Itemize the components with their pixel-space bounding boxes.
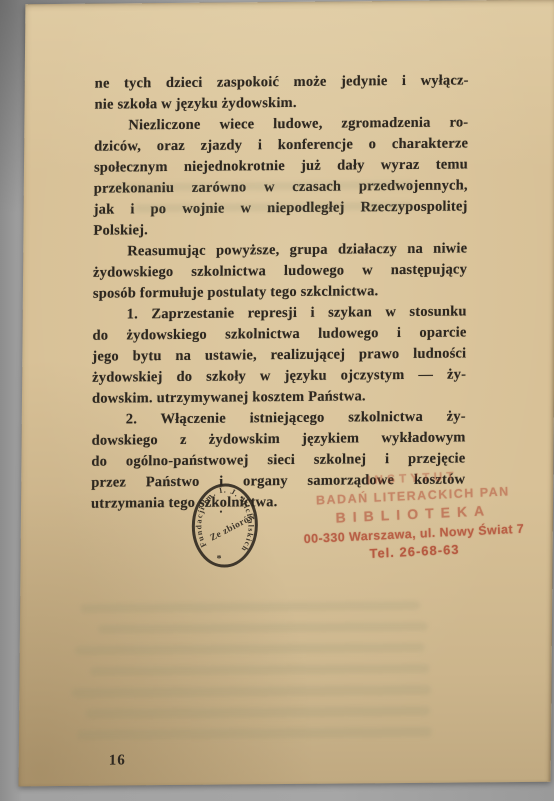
- text-line: jak i po wojnie w niepodległej Rzeczypos…: [94, 196, 468, 220]
- collection-stamp: Fundacji im. I. J. Michalskich Ze zbioró…: [189, 479, 260, 572]
- showthrough-bar: [98, 622, 428, 634]
- showthrough-bar: [77, 727, 432, 740]
- text-line: żydowskiego szkolnictwa ludowego w nastę…: [93, 259, 467, 283]
- text-line: ne tych dzieci zaspokoić może jedynie i …: [95, 70, 469, 94]
- showthrough-bar: [85, 706, 430, 719]
- showthrough-bar: [75, 643, 425, 655]
- text-line: żydowskiej do szkoły w języku ojczystym …: [92, 364, 466, 388]
- stamp-dot: [220, 510, 222, 512]
- stamp-star: *: [217, 554, 222, 565]
- showthrough-bar: [90, 664, 430, 676]
- page-text-block: ne tych dzieci zaspokoić może jedynie i …: [91, 70, 469, 514]
- book-page: ne tych dzieci zaspokoić może jedynie i …: [19, 0, 554, 786]
- showthrough-bar: [80, 601, 420, 613]
- page-number: 16: [109, 752, 126, 769]
- showthrough-bar: [71, 685, 431, 698]
- ink-showthrough: [25, 0, 554, 4]
- library-stamp: INSTYTUT BADAŃ LITERACKICH PAN BIBLIOTEK…: [270, 463, 554, 566]
